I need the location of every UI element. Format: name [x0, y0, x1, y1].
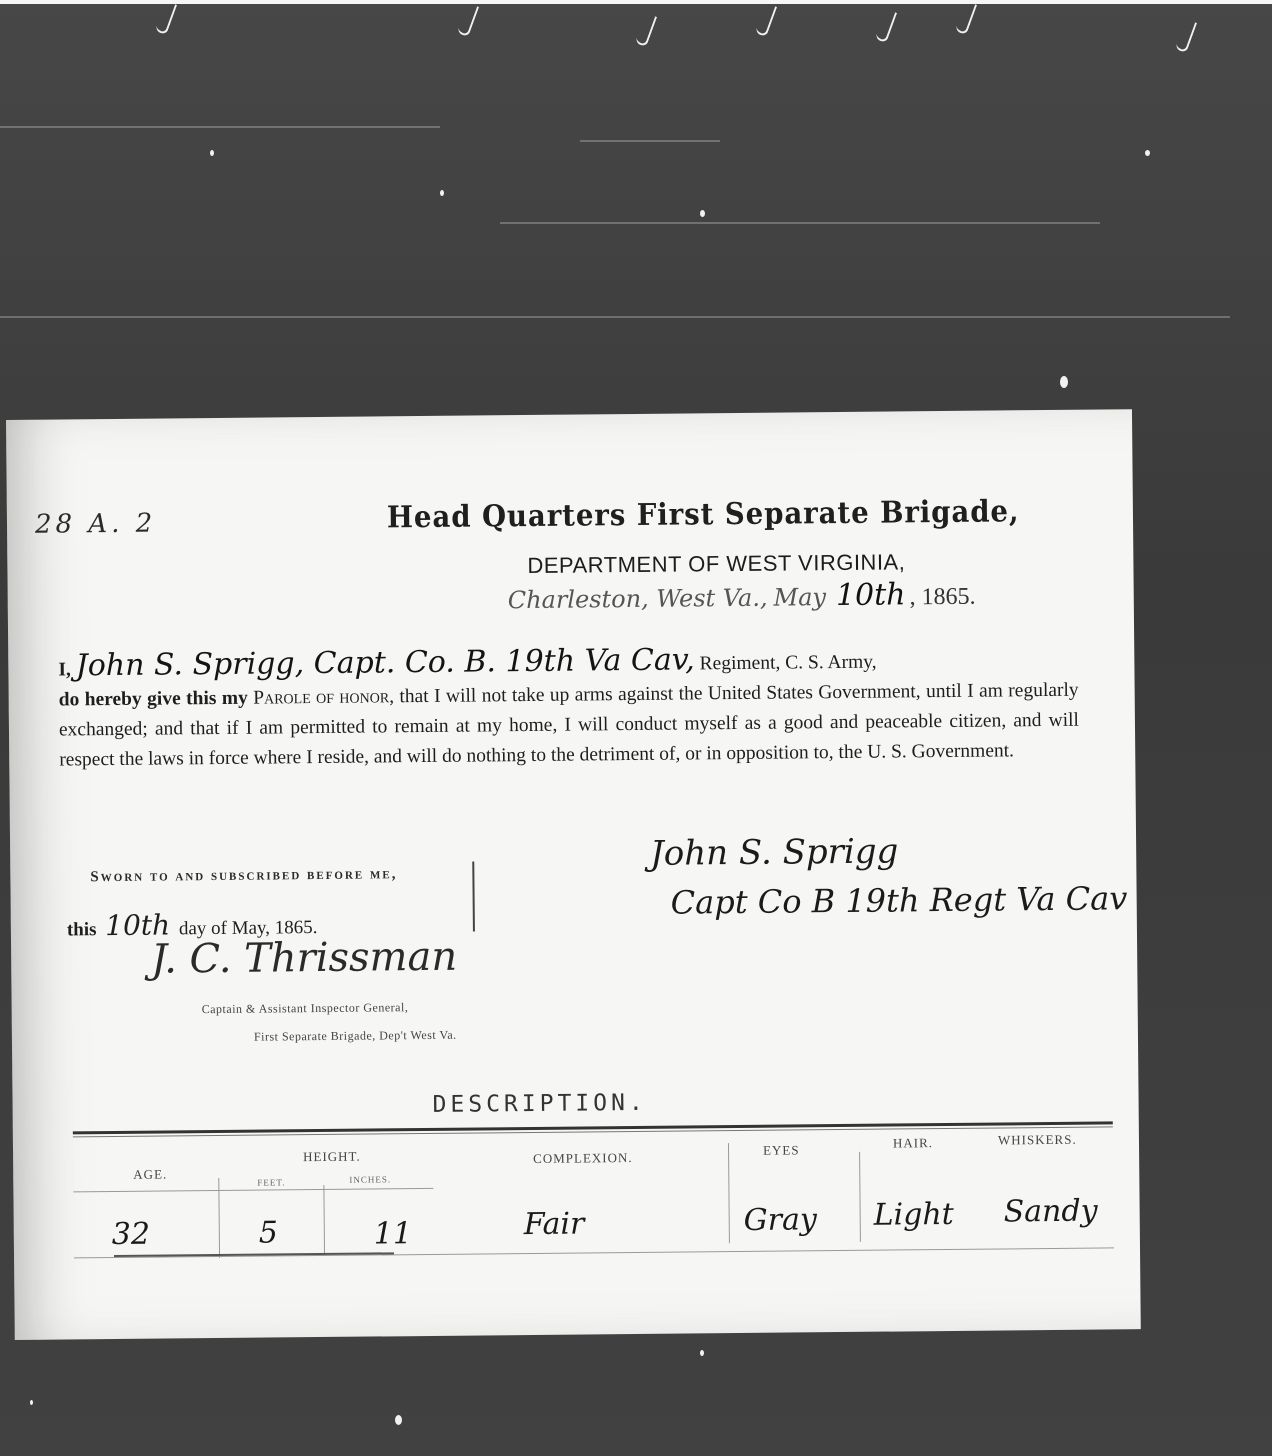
year-printed: 1865.: [921, 584, 975, 611]
this-label: this: [67, 919, 97, 940]
parolee-rank-unit: Capt Co B 19th Regt Va Cav: [670, 879, 1127, 921]
header-divider: [73, 1188, 433, 1192]
scan-streak: [0, 126, 440, 128]
bleed-through-mark: [457, 3, 479, 37]
sworn-label: Sworn to and subscribed before me,: [90, 866, 397, 886]
col-inches: INCHES.: [349, 1174, 391, 1184]
oath-text: I, John S. Sprigg, Capt. Co. B. 19th Va …: [58, 642, 1079, 776]
dust-speck: [700, 210, 705, 217]
parolee-name-handwritten: John S. Sprigg, Capt. Co. B. 19th Va Cav…: [76, 642, 695, 683]
parole-document: 28 A. 2 Head Quarters First Separate Bri…: [6, 409, 1141, 1340]
scan-top-edge: [0, 0, 1272, 4]
dust-speck: [1060, 376, 1068, 388]
day-handwritten: 10th: [836, 577, 906, 613]
dust-speck: [700, 1350, 704, 1356]
col-complexion: COMPLEXION.: [533, 1150, 633, 1167]
bleed-through-mark: [875, 9, 897, 43]
whiskers-value: Sandy: [1003, 1194, 1097, 1230]
col-feet: FEET.: [257, 1177, 285, 1187]
place-date-line: Charleston, West Va., May 10th, 1865.: [508, 577, 976, 616]
department-title: DEPARTMENT OF WEST VIRGINIA,: [527, 549, 905, 579]
scan-streak: [0, 316, 1230, 318]
bleed-through-mark: [755, 3, 777, 37]
eyes-value: Gray: [744, 1202, 817, 1238]
dust-speck: [440, 190, 444, 196]
oath-lead: I,: [58, 659, 71, 680]
oath-text-pre: do hereby give this my: [59, 688, 248, 711]
scan-streak: [580, 140, 720, 142]
document-number: 28 A. 2: [35, 509, 156, 540]
month-printed: May: [773, 583, 826, 612]
feet-value: 5: [259, 1215, 278, 1250]
bleed-through-mark: [955, 1, 977, 35]
description-table: AGE. HEIGHT. FEET. INCHES. COMPLEXION. E…: [73, 1129, 1114, 1269]
officer-title: Captain & Assistant Inspector General,: [202, 1000, 409, 1017]
hair-value: Light: [874, 1197, 954, 1233]
col-divider: [859, 1152, 861, 1242]
dust-speck: [210, 150, 214, 156]
officer-signature: J. C. Thrissman: [151, 934, 457, 983]
col-hair: HAIR.: [893, 1135, 933, 1151]
col-whiskers: WHISKERS.: [998, 1132, 1077, 1149]
officer-unit: First Separate Brigade, Dep't West Va.: [254, 1028, 457, 1045]
parolee-signature: John S. Sprigg: [650, 831, 898, 873]
scan-streak: [500, 222, 1100, 224]
col-height: HEIGHT.: [303, 1149, 361, 1166]
description-heading: DESCRIPTION.: [432, 1090, 646, 1118]
bleed-through-mark: [155, 1, 177, 35]
complexion-value: Fair: [524, 1206, 585, 1242]
bleed-through-mark: [1175, 19, 1197, 53]
place-printed: Charleston, West Va.,: [508, 584, 768, 614]
col-divider: [728, 1143, 730, 1243]
brace-mark: [472, 862, 477, 932]
dust-speck: [395, 1415, 402, 1425]
headquarters-title: Head Quarters First Separate Brigade,: [387, 494, 1020, 535]
regiment-suffix: Regiment, C. S. Army,: [700, 652, 877, 675]
col-eyes: EYES: [763, 1142, 800, 1158]
dust-speck: [30, 1400, 33, 1405]
inches-value: 11: [374, 1216, 413, 1251]
age-value: 32: [112, 1217, 151, 1252]
bleed-through-mark: [635, 13, 657, 47]
parole-of-honor: Parole of honor: [253, 686, 389, 708]
col-age: AGE.: [133, 1166, 167, 1182]
col-divider: [323, 1185, 325, 1255]
dust-speck: [1145, 150, 1150, 156]
